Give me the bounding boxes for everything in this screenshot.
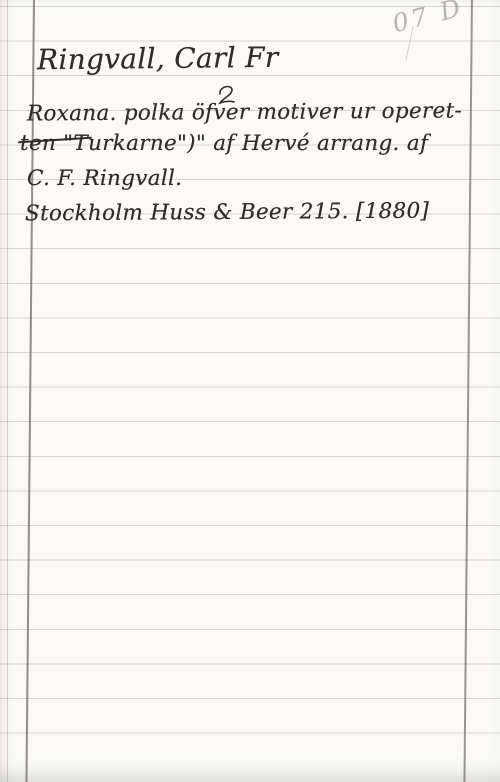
handwritten-arranger-line: C. F. Ringvall. [27, 166, 182, 191]
pencil-shelfmark-annotation: 07 D [390, 0, 467, 38]
page-edge-line [7, 0, 8, 782]
right-margin-line [463, 0, 472, 782]
handwritten-author-heading: Ringvall, Carl Fr [37, 41, 279, 77]
handwritten-title-line-1: Roxana. polka öfver motiver ur operet- [27, 98, 462, 126]
scanned-catalog-card: 07 D Ringvall, Carl Fr Roxana. polka öfv… [0, 0, 500, 782]
handwritten-imprint-line: Stockholm Huss & Beer 215. [1880] [25, 199, 429, 227]
handwritten-title-line-2: ten "Turkarne")" af Hervé arrang. af [20, 131, 428, 156]
umlaut-flourish-stroke [217, 82, 237, 106]
